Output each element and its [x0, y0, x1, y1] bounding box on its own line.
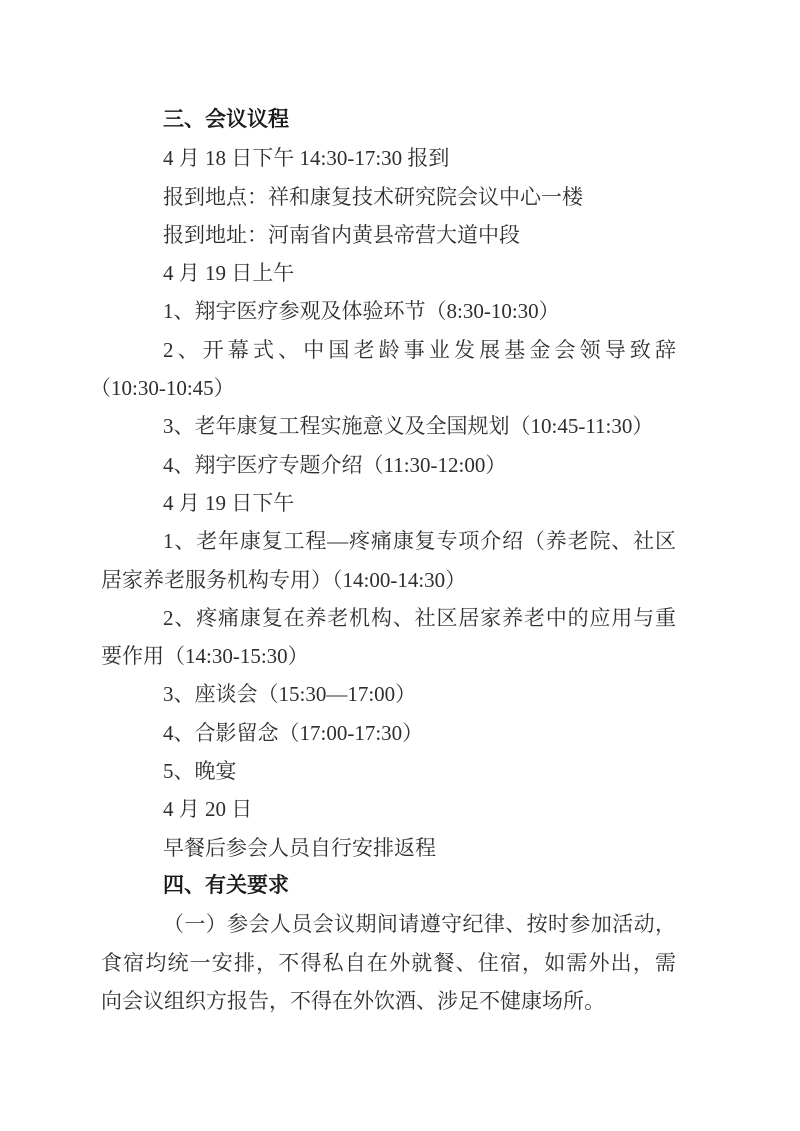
- requirement-1-line1: （一）参会人员会议期间请遵守纪律、按时参加活动，: [101, 905, 676, 943]
- agenda-item-1-afternoon-cont: 居家养老服务机构专用）（14:00-14:30）: [101, 561, 676, 599]
- line-registration-address: 报到地址：河南省内黄县帝营大道中段: [101, 216, 676, 254]
- requirement-1-line3: 向会议组织方报告，不得在外饮酒、涉足不健康场所。: [101, 982, 676, 1020]
- agenda-item-3-afternoon: 3、座谈会（15:30—17:00）: [101, 675, 676, 713]
- line-registration-time: 4 月 18 日下午 14:30-17:30 报到: [101, 139, 676, 177]
- agenda-item-5-afternoon: 5、晚宴: [101, 752, 676, 790]
- agenda-item-1-afternoon: 1、老年康复工程—疼痛康复专项介绍（养老院、社区: [101, 522, 676, 560]
- agenda-item-4-morning: 4、翔宇医疗专题介绍（11:30-12:00）: [101, 446, 676, 484]
- line-registration-place: 报到地点：祥和康复技术研究院会议中心一楼: [101, 178, 676, 216]
- line-apr19-morning: 4 月 19 日上午: [101, 254, 676, 292]
- document-page: 三、会议议程 4 月 18 日下午 14:30-17:30 报到 报到地点：祥和…: [0, 0, 800, 1131]
- agenda-item-1-morning: 1、翔宇医疗参观及体验环节（8:30-10:30）: [101, 292, 676, 330]
- line-apr20-return: 早餐后参会人员自行安排返程: [101, 829, 676, 867]
- line-apr20: 4 月 20 日: [101, 790, 676, 828]
- line-apr19-afternoon: 4 月 19 日下午: [101, 484, 676, 522]
- agenda-item-4-afternoon: 4、合影留念（17:00-17:30）: [101, 714, 676, 752]
- agenda-item-3-morning: 3、老年康复工程实施意义及全国规划（10:45-11:30）: [101, 407, 676, 445]
- agenda-item-2-afternoon-cont: 要作用（14:30-15:30）: [101, 637, 676, 675]
- requirement-1-line2: 食宿均统一安排，不得私自在外就餐、住宿，如需外出，需: [101, 944, 676, 982]
- agenda-item-2-afternoon: 2、疼痛康复在养老机构、社区居家养老中的应用与重: [101, 599, 676, 637]
- heading-meeting-agenda: 三、会议议程: [101, 101, 676, 139]
- heading-requirements: 四、有关要求: [101, 867, 676, 905]
- agenda-item-2-morning: 2、开幕式、中国老龄事业发展基金会领导致辞: [101, 331, 676, 369]
- agenda-item-2-morning-time: （10:30-10:45）: [90, 369, 676, 407]
